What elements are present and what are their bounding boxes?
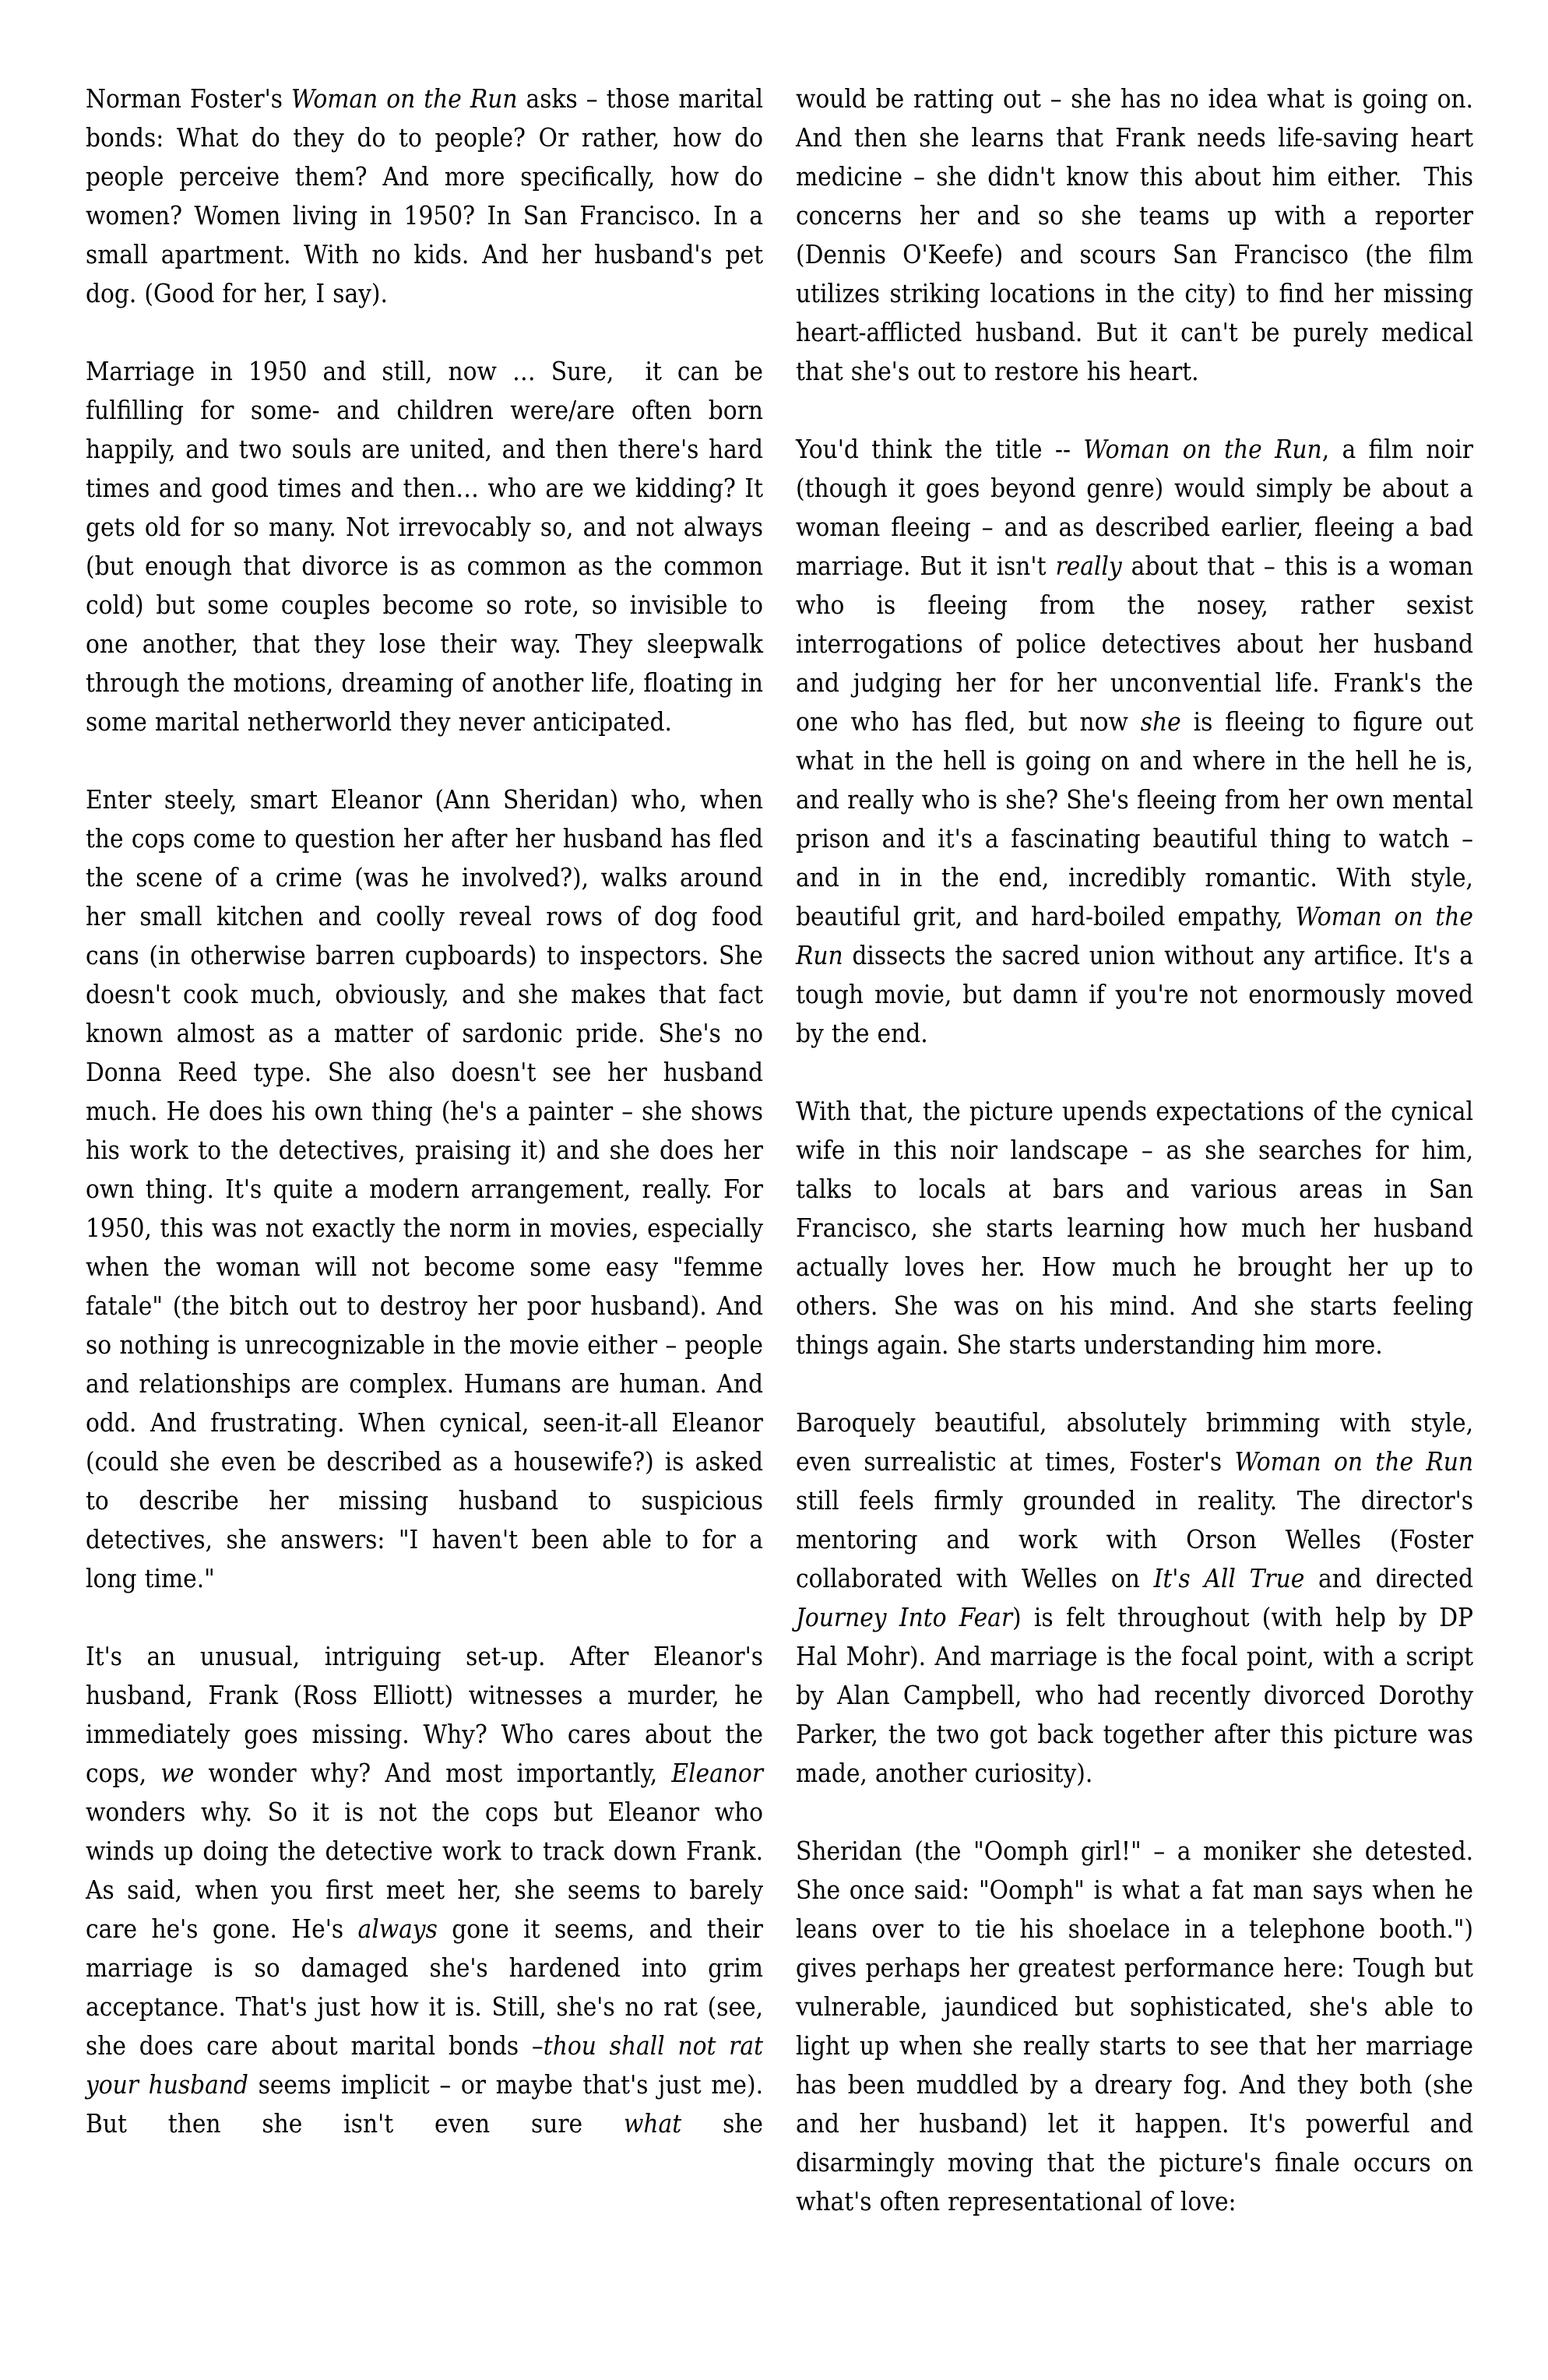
paragraph: would be ratting out – she has no idea w… xyxy=(796,79,1473,391)
document-page: Norman Foster's Woman on the Run asks – … xyxy=(0,0,1548,2380)
paragraph: Norman Foster's Woman on the Run asks – … xyxy=(86,79,763,313)
text-run: and directed xyxy=(1304,1563,1473,1593)
paragraph: Enter steely, smart Eleanor (Ann Sherida… xyxy=(86,780,763,1598)
text-run: dissects the sacred union without any ar… xyxy=(796,940,1473,1048)
text-run: You'd think the title -- xyxy=(796,434,1083,464)
text-run: she xyxy=(681,2108,763,2139)
paragraph: Baroquely beautiful, absolutely brimming… xyxy=(796,1403,1473,1793)
text-run: wonder why? And most importantly, xyxy=(194,1758,671,1788)
column-right: would be ratting out – she has no idea w… xyxy=(796,79,1473,2349)
text-run: Enter steely, smart Eleanor (Ann Sherida… xyxy=(86,784,763,1593)
italic-text-run: she xyxy=(1141,706,1181,737)
text-run: With that, the picture upends expectatio… xyxy=(796,1096,1473,1360)
italic-text-run: Eleanor xyxy=(671,1758,763,1788)
italic-text-run: really xyxy=(1055,551,1121,581)
italic-text-run: we xyxy=(160,1758,194,1788)
paragraph: It's an unusual, intriguing set-up. Afte… xyxy=(86,1637,763,2143)
italic-text-run: It's All True xyxy=(1154,1563,1305,1593)
italic-text-run: Journey Into Fear xyxy=(796,1602,1012,1632)
paragraph: Marriage in 1950 and still, now … Sure, … xyxy=(86,352,763,741)
italic-text-run: Woman on the Run xyxy=(291,83,517,114)
text-run: Marriage in 1950 and still, now … Sure, … xyxy=(86,356,763,737)
text-run: would be ratting out – she has no idea w… xyxy=(796,83,1473,386)
text-run: Sheridan (the "Oomph girl!" – a moniker … xyxy=(796,1836,1473,2216)
paragraph: You'd think the title -- Woman on the Ru… xyxy=(796,430,1473,1053)
italic-text-run: Woman on the Run xyxy=(1083,434,1321,464)
text-run: is fleeing to figure out what in the hel… xyxy=(796,706,1473,931)
paragraph: Sheridan (the "Oomph girl!" – a moniker … xyxy=(796,1832,1473,2221)
italic-text-run: Woman on the Run xyxy=(1235,1446,1473,1477)
text-run: asks – those marital bonds: What do they… xyxy=(86,83,763,308)
column-left: Norman Foster's Woman on the Run asks – … xyxy=(86,79,763,2349)
paragraph: With that, the picture upends expectatio… xyxy=(796,1092,1473,1364)
italic-text-run: what xyxy=(624,2108,681,2139)
text-run: Norman Foster's xyxy=(86,83,291,114)
italic-text-run: always xyxy=(358,1914,438,1944)
